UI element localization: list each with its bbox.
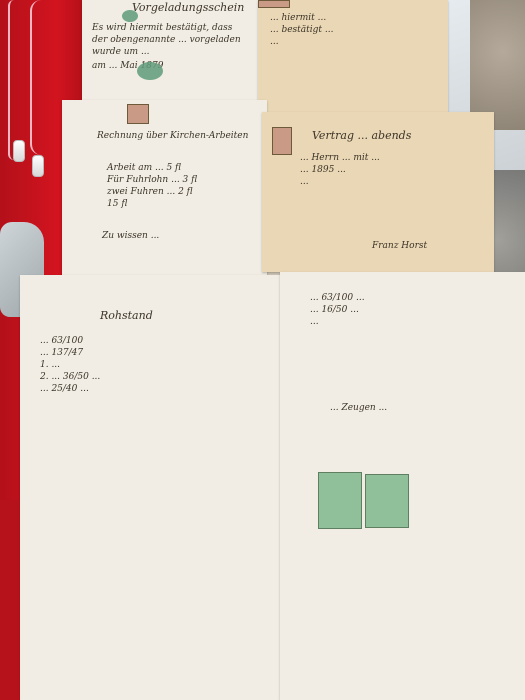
revenue-stamp-icon bbox=[318, 472, 362, 529]
necklace-cord bbox=[8, 0, 20, 160]
document-signature: Zu wissen ... bbox=[102, 230, 159, 242]
document-signature: Franz Horst bbox=[372, 240, 427, 252]
document-body: ... 63/100 ... 137/47 1. ... 2. ... 36/5… bbox=[40, 335, 100, 395]
document-body: ... 63/100 ... ... 16/50 ... ... bbox=[310, 292, 365, 328]
document-signature: ... Zeugen ... bbox=[330, 402, 387, 414]
document-title: Vertrag ... abends bbox=[312, 130, 411, 142]
document-top-right: ... hiermit ... ... bestätigt ... ... bbox=[258, 0, 448, 112]
seal-icon bbox=[137, 62, 163, 80]
document-middle-left: Rechnung über Kirchen-Arbeiten Arbeit am… bbox=[62, 100, 267, 278]
crystal-pendant bbox=[32, 155, 44, 177]
document-title: Rechnung über Kirchen-Arbeiten bbox=[97, 130, 248, 142]
document-bottom-left: Rohstand ... 63/100 ... 137/47 1. ... 2.… bbox=[20, 275, 295, 700]
photo-scene: Vorgeladungsschein Es wird hiermit bestä… bbox=[0, 0, 525, 700]
document-middle-right: Vertrag ... abends ... Herrn ... mit ...… bbox=[262, 112, 494, 272]
document-items: Arbeit am ... 5 fl Für Fuhrlohn ... 3 fl… bbox=[107, 162, 197, 210]
revenue-stamp-icon bbox=[365, 474, 409, 528]
document-title: Rohstand bbox=[100, 310, 153, 322]
stamp-icon bbox=[272, 127, 292, 155]
seal-icon bbox=[122, 10, 138, 22]
document-bottom-right: ... 63/100 ... ... 16/50 ... ... ... Zeu… bbox=[280, 272, 525, 700]
document-body: ... hiermit ... ... bestätigt ... ... bbox=[270, 12, 333, 48]
stamp-icon bbox=[258, 0, 290, 8]
necklace-cord bbox=[30, 0, 52, 155]
document-top-left: Vorgeladungsschein Es wird hiermit bestä… bbox=[82, 0, 258, 100]
crystal-pendant bbox=[13, 140, 25, 162]
red-velvet-cloth-lower bbox=[0, 500, 18, 700]
document-title: Vorgeladungsschein bbox=[132, 2, 244, 14]
stone-wall bbox=[470, 0, 525, 130]
document-body: Es wird hiermit bestätigt, dass der oben… bbox=[92, 22, 241, 58]
document-body: ... Herrn ... mit ... ... 1895 ... ... bbox=[300, 152, 380, 188]
stamp-icon bbox=[127, 104, 149, 124]
